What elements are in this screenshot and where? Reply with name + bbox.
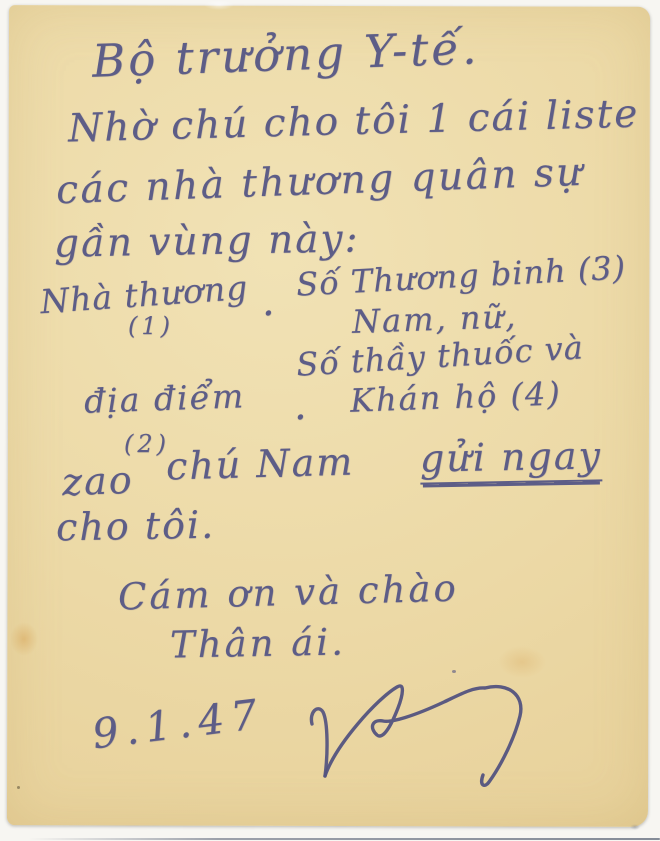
- ink-speck: [17, 786, 20, 789]
- paper-edge-notch: [204, 0, 234, 10]
- request-word-1: zao: [61, 461, 134, 501]
- paper-stain: [10, 622, 38, 656]
- separator-dot: .: [262, 282, 275, 322]
- request-word-2: chú Nam: [166, 443, 355, 486]
- signature-flourish: [292, 662, 552, 802]
- list-left-number-1: (1): [128, 314, 174, 338]
- scanned-letter: Bộ trưởng Y-tế. Nhờ chú cho tôi 1 cái li…: [0, 0, 660, 841]
- intro-line-3: gần vùng này:: [54, 219, 360, 263]
- scanner-edge-shadow: [28, 838, 660, 840]
- pencil-mark: [630, 824, 640, 830]
- request-underlined-emphasis: gửi ngay: [420, 436, 603, 484]
- closing-line-2: Thân ái.: [170, 623, 346, 663]
- double-underline-text: gửi ngay: [420, 436, 603, 484]
- request-line-2: cho tôi.: [56, 506, 216, 547]
- list-left-number-2: (2): [124, 432, 170, 456]
- separator-dot: .: [294, 386, 307, 426]
- list-right-line-2: Nam, nữ,: [351, 300, 517, 338]
- list-right-line-4: Khán hộ (4): [350, 377, 563, 416]
- closing-line-1: Cám ơn và chào: [118, 570, 460, 616]
- letter-title: Bộ trưởng Y-tế.: [91, 25, 480, 83]
- list-left-item-2: địa điểm: [83, 379, 245, 418]
